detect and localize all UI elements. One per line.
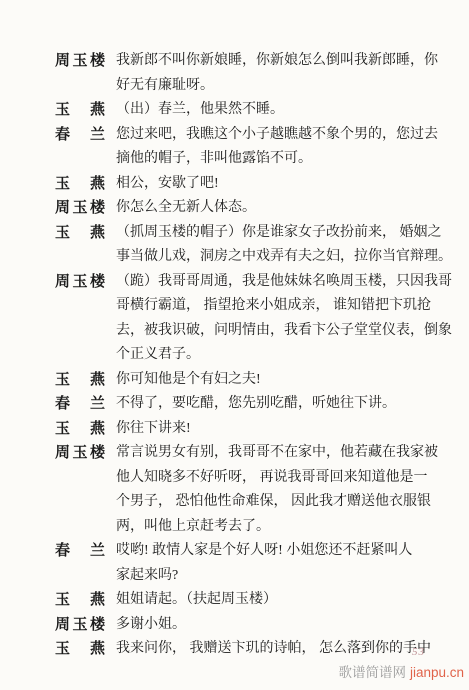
speech-line: 我新郎不叫你新娘睡，你新娘怎么倒叫我新郎睡，你 xyxy=(116,49,438,74)
speech-line: 个正义君子。 xyxy=(116,343,452,368)
speech-line: 不得了，要吃醋，您先别吃醋，听她往下讲。 xyxy=(116,392,427,417)
speech-text: 姐姐请起。（扶起周玉楼） xyxy=(116,588,427,613)
speech-line: 哥横行霸道， 指望抢来小姐成亲， 谁知错把卞玑抢 xyxy=(116,294,452,319)
speech-line: 两，叫他上京赶考去了。 xyxy=(116,515,438,540)
speech-line: （出）春兰，他果然不睡。 xyxy=(116,98,427,123)
speaker-name: 周玉楼 xyxy=(55,196,105,221)
speech-line: 你可知他是个有妇之夫! xyxy=(116,368,427,393)
watermark-site-name: 歌谱简谱网 xyxy=(338,665,406,680)
watermark: 歌谱简谱网jianpu.cn xyxy=(338,661,464,681)
speech-line: 姐姐请起。（扶起周玉楼） xyxy=(116,588,427,613)
page-number: 53 xyxy=(412,646,425,658)
dialogue-entry: 春兰您过来吧，我瞧这个小子越瞧越不象个男的，您过去摘他的帽子，非叫他露馅不可。 xyxy=(55,123,427,172)
speech-text: 多谢小姐。 xyxy=(116,613,427,638)
speech-text: 你可知他是个有妇之夫! xyxy=(116,368,427,393)
dialogue-entry: 玉燕姐姐请起。（扶起周玉楼） xyxy=(55,588,427,613)
dialogue-entry: 春兰哎哟! 敢情人家是个好人呀! 小姐您还不赶紧叫人家起来吗? xyxy=(55,539,427,588)
speech-text: 你怎么全无新人体态。 xyxy=(116,196,427,221)
speech-line: 哎哟! 敢情人家是个好人呀! 小姐您还不赶紧叫人 xyxy=(116,539,427,564)
dialogue-entry: 周玉楼我新郎不叫你新娘睡，你新娘怎么倒叫我新郎睡，你好无有廉耻呀。 xyxy=(55,49,427,98)
speaker-name: 玉燕 xyxy=(55,368,105,393)
dialogue-entry: 玉燕相公，安歇了吧! xyxy=(55,172,427,197)
dialogue-entry: 周玉楼多谢小姐。 xyxy=(55,613,427,638)
speech-line: 常言说男女有别，我哥哥不在家中，他若藏在我家被 xyxy=(116,441,438,466)
speech-line: 您过来吧，我瞧这个小子越瞧越不象个男的，您过去 xyxy=(116,123,438,148)
dialogue-entry: 玉燕你可知他是个有妇之夫! xyxy=(55,368,427,393)
dialogue-entry: 玉燕（出）春兰，他果然不睡。 xyxy=(55,98,427,123)
speaker-name: 周玉楼 xyxy=(55,441,105,466)
speech-text: 我来问你， 我赠送卞玑的诗帕， 怎么落到你的手中 xyxy=(116,637,431,662)
speaker-name: 周玉楼 xyxy=(55,613,105,638)
speech-line: 你怎么全无新人体态。 xyxy=(116,196,427,221)
speaker-name: 玉燕 xyxy=(55,637,105,662)
dialogue-entry: 玉燕我来问你， 我赠送卞玑的诗帕， 怎么落到你的手中 xyxy=(55,637,427,662)
speech-text: 常言说男女有别，我哥哥不在家中，他若藏在我家被他人知晓多不好听呀， 再说我哥哥回… xyxy=(116,441,438,539)
speech-line: 事当做儿戏，洞房之中戏弄有夫之妇，拉你当官辩理。 xyxy=(116,245,452,270)
speech-text: 不得了，要吃醋，您先别吃醋，听她往下讲。 xyxy=(116,392,427,417)
speech-line: 多谢小姐。 xyxy=(116,613,427,638)
dialogue-entry: 春兰不得了，要吃醋，您先别吃醋，听她往下讲。 xyxy=(55,392,427,417)
dialogue-entry: 周玉楼你怎么全无新人体态。 xyxy=(55,196,427,221)
speech-text: 您过来吧，我瞧这个小子越瞧越不象个男的，您过去摘他的帽子，非叫他露馅不可。 xyxy=(116,123,438,172)
play-script-dialogue: 周玉楼我新郎不叫你新娘睡，你新娘怎么倒叫我新郎睡，你好无有廉耻呀。玉燕（出）春兰… xyxy=(55,49,427,662)
speaker-name: 春兰 xyxy=(55,539,105,564)
speaker-name: 春兰 xyxy=(55,123,105,148)
speech-text: 相公，安歇了吧! xyxy=(116,172,427,197)
speaker-name: 周玉楼 xyxy=(55,270,105,295)
speech-line: 家起来吗? xyxy=(116,564,427,589)
speaker-name: 玉燕 xyxy=(55,221,105,246)
watermark-domain: jianpu.cn xyxy=(410,665,464,680)
dialogue-entry: 周玉楼（跪）我哥哥周通，我是他妹妹名唤周玉楼，只因我哥哥横行霸道， 指望抢来小姐… xyxy=(55,270,427,368)
speech-text: （出）春兰，他果然不睡。 xyxy=(116,98,427,123)
speech-line: 相公，安歇了吧! xyxy=(116,172,427,197)
dialogue-entry: 玉燕你往下讲来! xyxy=(55,417,427,442)
speaker-name: 玉燕 xyxy=(55,588,105,613)
speech-text: （跪）我哥哥周通，我是他妹妹名唤周玉楼，只因我哥哥横行霸道， 指望抢来小姐成亲，… xyxy=(116,270,452,368)
speech-text: 我新郎不叫你新娘睡，你新娘怎么倒叫我新郎睡，你好无有廉耻呀。 xyxy=(116,49,438,98)
book-page: 周玉楼我新郎不叫你新娘睡，你新娘怎么倒叫我新郎睡，你好无有廉耻呀。玉燕（出）春兰… xyxy=(0,0,469,690)
speaker-name: 春兰 xyxy=(55,392,105,417)
dialogue-entry: 周玉楼常言说男女有别，我哥哥不在家中，他若藏在我家被他人知晓多不好听呀， 再说我… xyxy=(55,441,427,539)
speech-line: （跪）我哥哥周通，我是他妹妹名唤周玉楼，只因我哥 xyxy=(116,270,452,295)
speech-text: 哎哟! 敢情人家是个好人呀! 小姐您还不赶紧叫人家起来吗? xyxy=(116,539,427,588)
speech-line: 去，被我识破，问明情由，我看卞公子堂堂仪表，倒象 xyxy=(116,319,452,344)
speaker-name: 周玉楼 xyxy=(55,49,105,74)
dialogue-entry: 玉燕（抓周玉楼的帽子）你是谁家女子改扮前来， 婚姻之事当做儿戏，洞房之中戏弄有夫… xyxy=(55,221,427,270)
speech-line: 我来问你， 我赠送卞玑的诗帕， 怎么落到你的手中 xyxy=(116,637,431,662)
speech-text: （抓周玉楼的帽子）你是谁家女子改扮前来， 婚姻之事当做儿戏，洞房之中戏弄有夫之妇… xyxy=(116,221,452,270)
speech-line: 摘他的帽子，非叫他露馅不可。 xyxy=(116,147,438,172)
speech-line: 你往下讲来! xyxy=(116,417,427,442)
speech-line: 好无有廉耻呀。 xyxy=(116,74,438,99)
speaker-name: 玉燕 xyxy=(55,98,105,123)
speech-line: 他人知晓多不好听呀， 再说我哥哥回来知道他是一 xyxy=(116,466,438,491)
speaker-name: 玉燕 xyxy=(55,172,105,197)
speech-line: 个男子， 恐怕他性命难保， 因此我才赠送他衣服银 xyxy=(116,490,438,515)
speech-line: （抓周玉楼的帽子）你是谁家女子改扮前来， 婚姻之 xyxy=(116,221,452,246)
speech-text: 你往下讲来! xyxy=(116,417,427,442)
speaker-name: 玉燕 xyxy=(55,417,105,442)
